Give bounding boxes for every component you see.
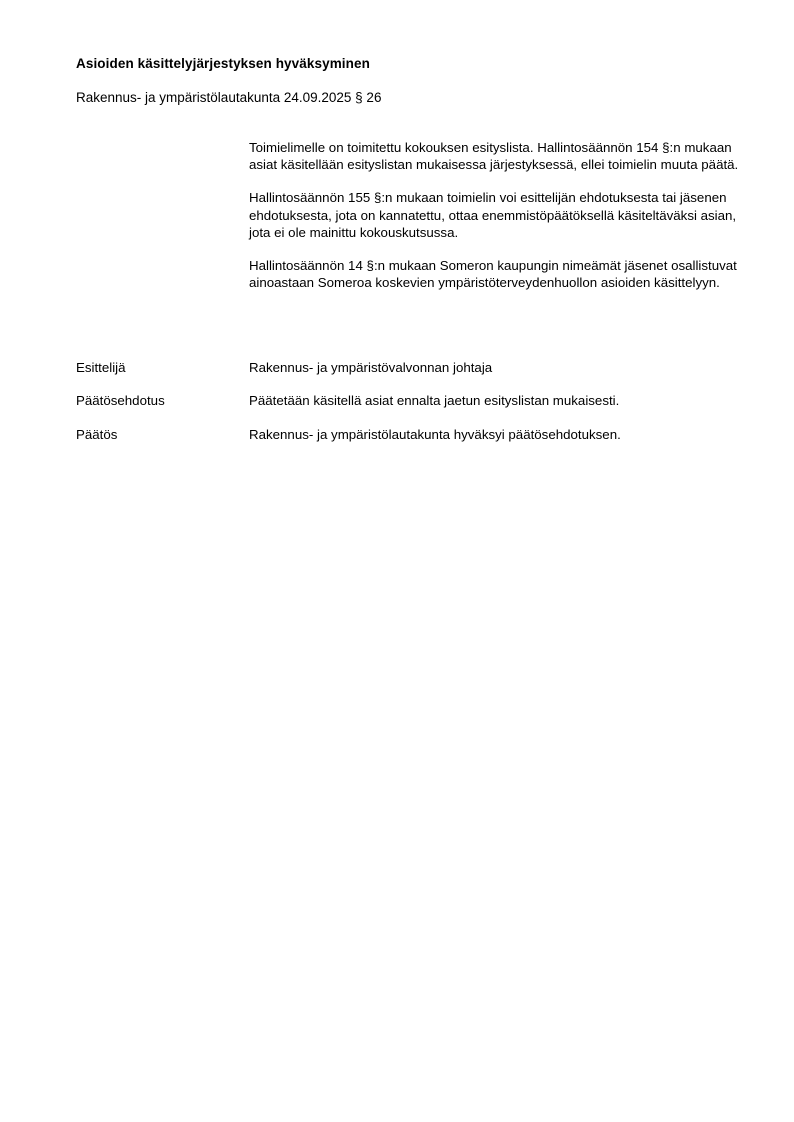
document-title: Asioiden käsittelyjärjestyksen hyväksymi… (76, 56, 370, 71)
field-label: Päätös (76, 426, 117, 443)
field-value: Rakennus- ja ympäristölautakunta hyväksy… (249, 426, 621, 443)
field-value: Rakennus- ja ympäristövalvonnan johtaja (249, 359, 492, 376)
field-value: Päätetään käsitellä asiat ennalta jaetun… (249, 392, 619, 409)
background-text: Toimielimelle on toimitettu kokouksen es… (249, 139, 739, 307)
paragraph-somero-members: Hallintosäännön 14 §:n mukaan Someron ka… (249, 257, 739, 291)
paragraph-additional-items: Hallintosäännön 155 §:n mukaan toimielin… (249, 189, 739, 241)
paragraph-agenda-order: Toimielimelle on toimitettu kokouksen es… (249, 139, 739, 173)
meeting-reference: Rakennus- ja ympäristölautakunta 24.09.2… (76, 90, 381, 105)
field-label: Esittelijä (76, 359, 126, 376)
document-page: Asioiden käsittelyjärjestyksen hyväksymi… (0, 0, 794, 1122)
field-label: Päätösehdotus (76, 392, 165, 409)
